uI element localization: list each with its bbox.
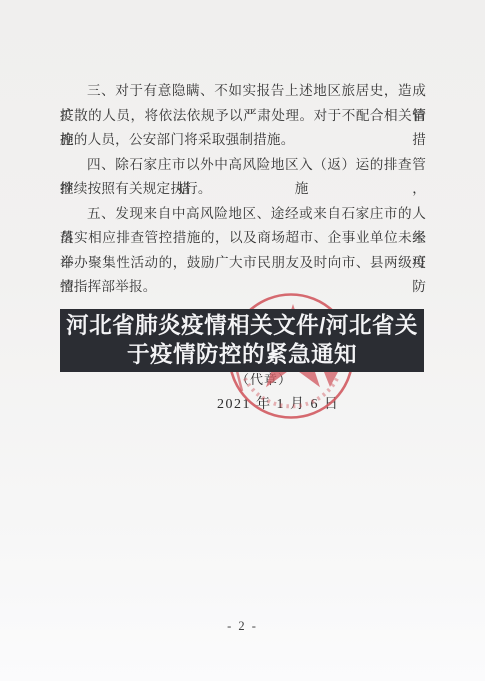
body-line: 五、发现来自中高风险地区、途经或来自石家庄市的人员未 <box>60 202 426 227</box>
title-banner: 河北省肺炎疫情相关文件/河北省关 于疫情防控的紧急通知 <box>60 309 424 372</box>
body-line: 扩散的人员，将依法依规予以严肃处理。对于不配合相关管控措 <box>60 104 426 129</box>
body-line: 四、除石家庄市以外中高风险地区入（返）运的排查管控措施， <box>60 153 426 178</box>
seal-glyph-fragment <box>324 372 338 387</box>
body-line: 举办聚集性活动的，鼓励广大市民朋友及时向市、县两级疫情防 <box>60 251 426 276</box>
body-text: 三、对于有意隐瞒、不如实报告上述地区旅居史，造成疫情 扩散的人员，将依法依规予以… <box>60 79 426 300</box>
banner-title-line2: 于疫情防控的紧急通知 <box>127 341 357 370</box>
body-line: 落实相应排查管控措施的，以及商场超市、企事业单位未经许可 <box>60 226 426 251</box>
document-page: 三、对于有意隐瞒、不如实报告上述地区旅居史，造成疫情 扩散的人员，将依法依规予以… <box>0 0 485 681</box>
banner-title-line1: 河北省肺炎疫情相关文件/河北省关 <box>66 312 418 341</box>
seal-date: 2021 年 1 月 6 日 <box>217 393 340 413</box>
body-line: 三、对于有意隐瞒、不如实报告上述地区旅居史，造成疫情 <box>60 79 426 104</box>
page-number: - 2 - <box>0 619 485 634</box>
